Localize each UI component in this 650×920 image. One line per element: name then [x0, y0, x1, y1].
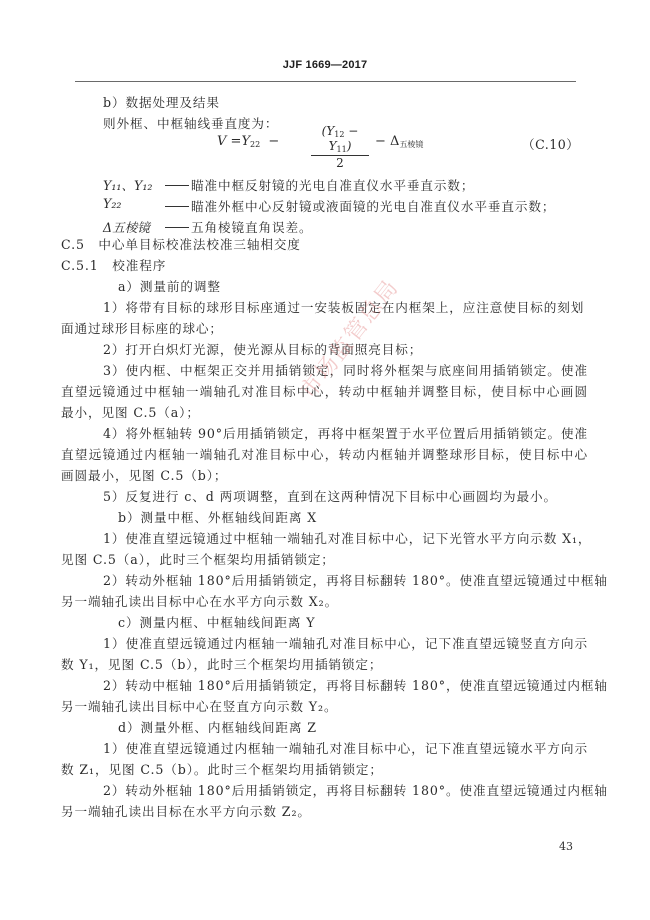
step-a2: 2）打开白炽灯光源，使光源从目标的背面照亮目标； [103, 341, 422, 359]
step-c1-line2: 数 Y₁，见图 C.5（b），此时三个框架均用插销锁定； [61, 656, 382, 674]
section-b-intro: 则外框、中框轴线垂直度为： [103, 115, 278, 133]
step-b-heading: b）测量中框、外框轴线间距离 X [118, 509, 317, 527]
standard-id-header: JJF 1669—2017 [0, 59, 650, 71]
definition-text: 五角棱镜直角误差。 [191, 220, 312, 235]
formula-term1-sub: 22 [250, 140, 260, 149]
section-b-heading: b）数据处理及结果 [103, 94, 220, 112]
step-a4-line1: 4）将外框轴转 90°后用插销锁定，再将中框架置于水平位置后用插销锁定。使准 [61, 425, 588, 443]
step-c1-line1: 1）使准直望远镜通过内框轴一端轴孔对准目标中心，记下准直望远镜竖直方向示 [61, 635, 588, 653]
step-b1-line1: 1）使准直望远镜通过中框轴一端轴孔对准目标中心，记下光管水平方向示数 X₁， [61, 530, 588, 548]
num-sub2: 11 [337, 145, 347, 154]
formula-minus-2: − [375, 134, 386, 149]
step-a4-line2: 直望远镜通过内框轴一端轴孔对准目标中心，转动内框轴并调整球形目标，使目标中心 [61, 446, 588, 464]
definition-text: 瞄准外框中心反射镜或液面镜的光电自准直仪水平垂直示数； [191, 199, 555, 214]
step-c2-line2: 另一端轴孔读出目标中心在竖直方向示数 Y₂。 [61, 698, 337, 716]
num-open: (Y [322, 124, 335, 138]
document-page: JJF 1669—2017 b）数据处理及结果 则外框、中框轴线垂直度为： V … [0, 0, 650, 920]
definition-text: 瞄准中框反射镜的光电自准直仪水平垂直示数； [191, 178, 474, 193]
definition-term: Y₁₁、Y₁₂ [103, 175, 152, 194]
formula-minus: − [268, 134, 279, 149]
formula-numerator: (Y12 − Y11) [311, 124, 369, 156]
definition-desc: 瞄准中框反射镜的光电自准直仪水平垂直示数； [165, 175, 474, 194]
step-b2-line2: 另一端轴孔读出目标中心在水平方向示数 X₂。 [61, 593, 338, 611]
definition-term: Y₂₂ [103, 196, 121, 211]
step-b1-line2: 见图 C.5（a），此时三个框架均用插销锁定； [61, 551, 335, 569]
definition-desc: 五角棱镜直角误差。 [165, 217, 312, 236]
formula-denominator: 2 [311, 156, 369, 170]
step-a3-line1: 3）使内框、中框架正交并用插销锁定，同时将外框架与底座间用插销锁定。使准 [61, 362, 588, 380]
em-dash-line [165, 227, 189, 228]
step-d2-line2: 另一端轴孔读出目标在水平方向示数 Z₂。 [61, 803, 311, 821]
step-d-heading: d）测量外框、内框轴线间距离 Z [118, 719, 317, 737]
step-c-heading: c）测量内框、中框轴线间距离 Y [118, 614, 316, 632]
formula-fraction: (Y12 − Y11) 2 [311, 124, 369, 170]
equation-number: （C.10） [522, 134, 579, 153]
definition-desc: 瞄准外框中心反射镜或液面镜的光电自准直仪水平垂直示数； [165, 196, 555, 215]
step-a4-line3: 画圆最小，见图 C.5（b）； [61, 467, 227, 485]
formula-term1: Y [241, 134, 250, 149]
page-number: 43 [559, 840, 573, 853]
em-dash-line [165, 185, 189, 186]
em-dash-line [165, 206, 189, 207]
formula-lhs: V [217, 134, 226, 149]
step-d1-line2: 数 Z₁，见图 C.5（b）。此时三个框架均用插销锁定； [61, 761, 383, 779]
header-divider [75, 81, 576, 82]
step-a3-line2: 直望远镜通过中框轴一端轴孔对准目标中心，转动中框轴并调整目标，使目标中心画圆 [61, 383, 588, 401]
num-close: ) [347, 139, 352, 153]
formula-equals: = [231, 134, 242, 149]
step-b2-line1: 2）转动外框轴 180°后用插销锁定，再将目标翻转 180°。使准直望远镜通过中… [61, 572, 588, 590]
section-c51-heading: C.5.1 校准程序 [61, 257, 166, 275]
step-a1-line1: 1）将带有目标的球形目标座通过一安装板固定在内框架上，应注意使目标的刻划 [76, 299, 582, 317]
formula-delta-sub: 五棱镜 [399, 140, 423, 149]
step-d1-line1: 1）使准直望远镜通过内框轴一端轴孔对准目标中心，记下准直望远镜水平方向示 [61, 740, 588, 758]
num-sub1: 12 [334, 130, 344, 139]
step-a5: 5）反复进行 c、d 两项调整，直到在这两种情况下目标中心画圆均为最小。 [103, 488, 557, 506]
step-a1-line2: 面通过球形目标座的球心； [61, 320, 223, 338]
section-c5-heading: C.5 中心单目标校准法校准三轴相交度 [61, 236, 301, 254]
step-c2-line1: 2）转动中框轴 180°后用插销锁定，再将目标翻转 180°，使准直望远镜通过内… [61, 677, 588, 695]
step-a3-line3: 最小，见图 C.5（a）； [61, 404, 200, 422]
step-a-heading: a）测量前的调整 [118, 278, 221, 296]
step-d2-line1: 2）转动外框轴 180°后用插销锁定，再将目标翻转 180°。使准直望远镜通过内… [61, 782, 588, 800]
definition-term: Δ五棱镜 [103, 217, 150, 236]
